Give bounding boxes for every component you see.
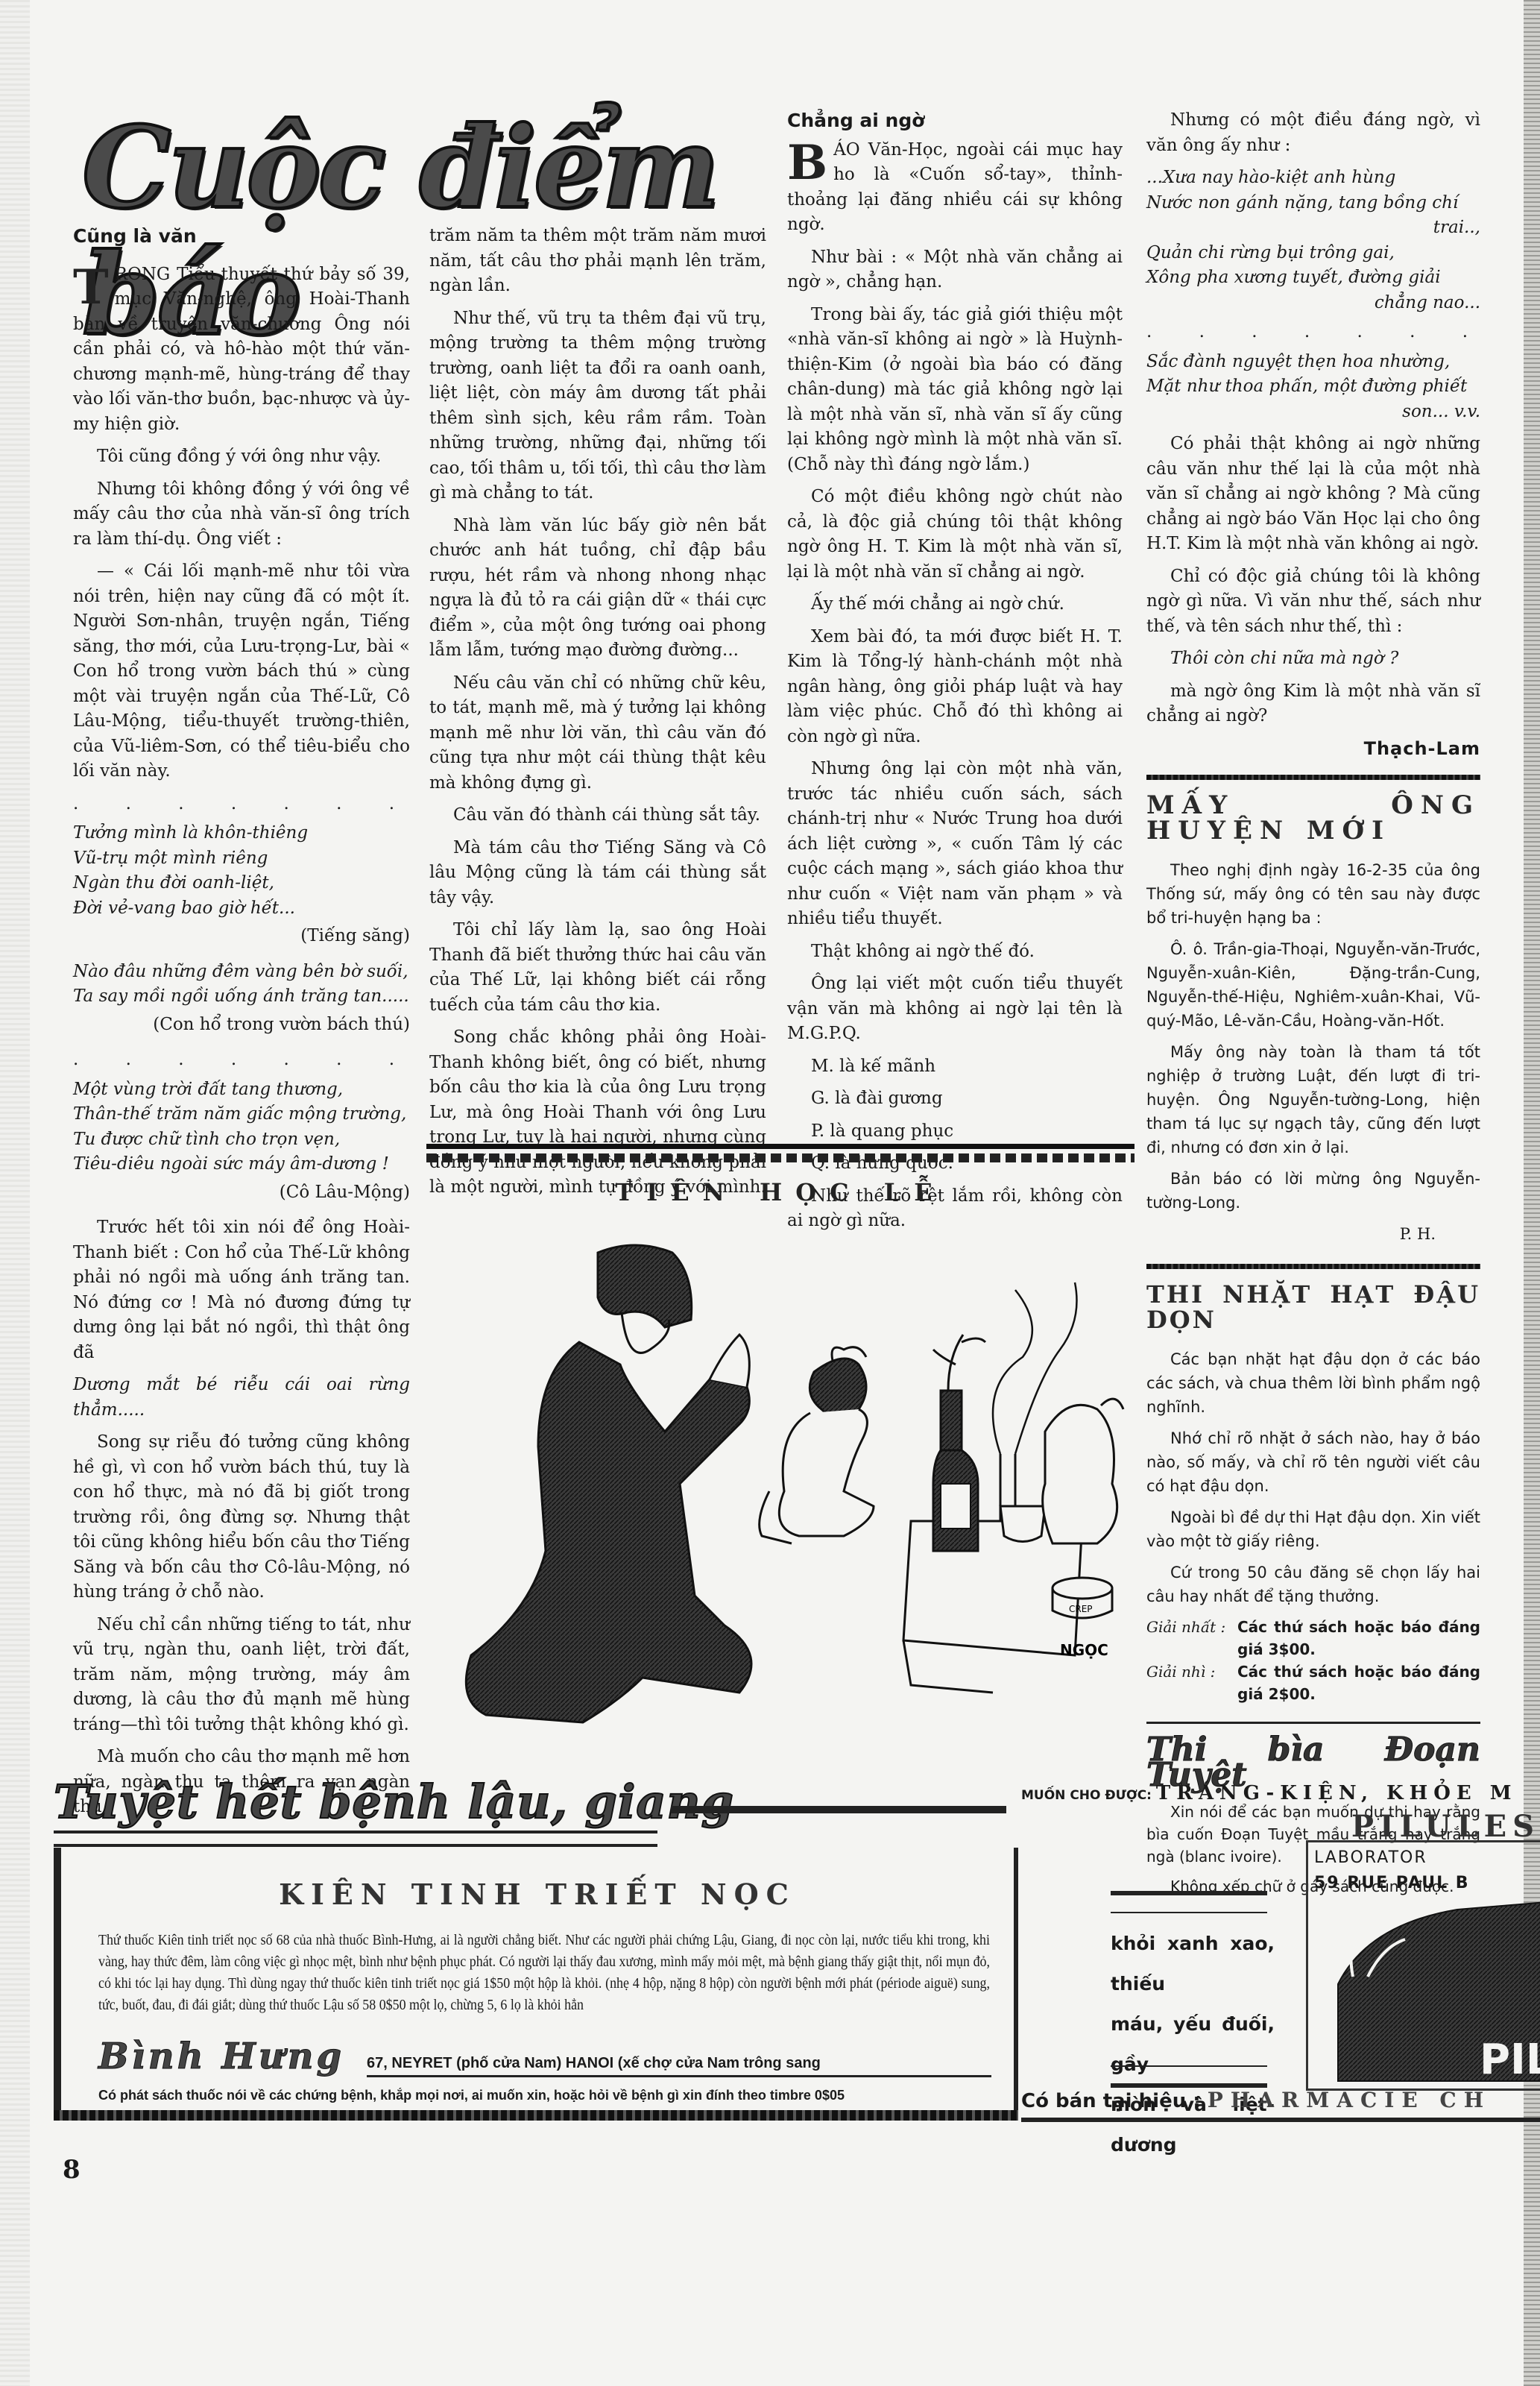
verse-line: Thân-thế trăm năm giấc mộng trường, bbox=[73, 1102, 410, 1127]
verse-line: Xông pha xương tuyết, đường giải bbox=[1146, 265, 1480, 291]
verse-line: Ta say mồi ngồi uống ánh trăng tan..... bbox=[73, 984, 410, 1010]
paragraph: Xem bài đó, ta mới được biết H. T. Kim l… bbox=[787, 625, 1123, 750]
verse-line: Nào đâu những đêm vàng bên bờ suối, bbox=[73, 960, 410, 985]
ad-pilules: MUỐN CHO ĐƯỢC: TRÁNG-KIỆN, KHỎE M PILULE… bbox=[1021, 1782, 1540, 2222]
prize-value: Các thứ sách hoặc báo đáng giá 3$00. bbox=[1237, 1616, 1480, 1661]
paragraph: Ấy thế mới chẳng ai ngờ chứ. bbox=[787, 592, 1123, 617]
verse-line: Quản chi rừng bụi trông gai, bbox=[1146, 241, 1480, 266]
dropcap: B bbox=[787, 142, 827, 184]
paragraph: Theo nghị định ngày 16-2-35 của ông Thốn… bbox=[1146, 858, 1480, 930]
ad-sold-at: Có bán tại hiệu : PHARMACIE CH bbox=[1021, 2088, 1491, 2112]
paragraph: Câu văn đó thành cái thùng sắt tây. bbox=[429, 803, 766, 828]
hat-dau-don-article: Các bạn nhặt hạt đậu dọn ở các báo các s… bbox=[1146, 1347, 1480, 1608]
verse-line: Sắc đành nguyệt thẹn hoa nhường, bbox=[1146, 350, 1480, 375]
ad-brand: PILULES bbox=[1351, 1809, 1540, 1844]
citation: (Con hổ trong vườn bách thú) bbox=[73, 1013, 410, 1038]
paragraph: Nhưng có một điều đáng ngờ, vì văn ông ấ… bbox=[1146, 108, 1480, 158]
paragraph: Trong bài ấy, tác giả giới thiệu một «nh… bbox=[787, 303, 1123, 478]
verse-line: Tiêu-diêu ngoài sức máy âm-dương ! bbox=[73, 1152, 410, 1177]
paragraph: Nhà làm văn lúc bấy giờ nên bắt chước an… bbox=[429, 514, 766, 664]
list-item: M. là kế mãnh bbox=[787, 1054, 1123, 1080]
ad-body: Thứ thuốc Kiên tinh triết nọc số 68 của … bbox=[98, 1930, 990, 2016]
paragraph: Song chắc không phải ông Hoài-Thanh khôn… bbox=[429, 1025, 766, 1200]
paragraph: mà ngờ ông Kim là một nhà văn sĩ chẳng a… bbox=[1146, 679, 1480, 729]
paragraph: Tôi cũng đồng ý với ông như vậy. bbox=[73, 444, 410, 470]
verse-line: ...Xưa nay hào-kiệt anh hùng bbox=[1146, 166, 1480, 191]
paragraph: trăm năm ta thêm một trăm năm mươi năm, … bbox=[429, 224, 766, 299]
paragraph: Mấy ông này toàn là tham tá tốt nghiệp ở… bbox=[1146, 1040, 1480, 1159]
verse-line: Nước non gánh nặng, tang bồng chí bbox=[1146, 191, 1480, 216]
cartoon-illustration: CREP NGỌC bbox=[426, 1238, 1135, 1745]
ad-footer: Có phát sách thuốc nói về các chứng bệnh… bbox=[98, 2088, 991, 2103]
paragraph: Nhưng tôi không đồng ý với ông về mấy câ… bbox=[73, 477, 410, 553]
section-title-huyen: MẤY ÔNG HUYỆN MỚI bbox=[1146, 793, 1480, 843]
signature: P. H. bbox=[1146, 1222, 1480, 1246]
prize-label: Giải nhì : bbox=[1146, 1661, 1228, 1705]
ad-brand-row: Bình Hưng 67, NEYRET (phố cửa Nam) HANOI… bbox=[98, 2036, 991, 2077]
lab-name: LABORATOR bbox=[1308, 1842, 1540, 1874]
paragraph: Nếu chỉ cần những tiếng to tát, như vũ t… bbox=[73, 1613, 410, 1738]
ad-brand: Bình Hưng bbox=[98, 2036, 344, 2077]
section-divider bbox=[1146, 1722, 1480, 1724]
paragraph: Như thế, vũ trụ ta thêm đại vũ trụ, mộng… bbox=[429, 306, 766, 506]
column-right: Nhưng có một điều đáng ngờ, vì văn ông ấ… bbox=[1146, 108, 1480, 1905]
huyen-article: Theo nghị định ngày 16-2-35 của ông Thốn… bbox=[1146, 858, 1480, 1246]
praying-figures-illustration: CREP NGỌC bbox=[426, 1238, 1135, 1745]
section-title-hat-dau-don: THI NHẶT HẠT ĐẬU DỌN bbox=[1146, 1282, 1480, 1332]
section-divider bbox=[1146, 775, 1480, 780]
paragraph: Nếu câu văn chỉ có những chữ kêu, to tát… bbox=[429, 671, 766, 796]
artist-signature: NGỌC bbox=[1060, 1641, 1108, 1659]
verse-line: trai.., bbox=[1146, 215, 1480, 241]
verse-line: Đời vẻ-vang bao giờ hết... bbox=[73, 896, 410, 922]
paragraph: Các bạn nhặt hạt đậu dọn ở các báo các s… bbox=[1146, 1347, 1480, 1419]
paragraph: Có một điều không ngờ chút nào cả, là độ… bbox=[787, 485, 1123, 585]
prize-value: Các thứ sách hoặc báo đáng giá 2$00. bbox=[1237, 1661, 1480, 1705]
paragraph: Ông lại viết một cuốn tiểu thuyết vận vă… bbox=[787, 972, 1123, 1047]
verse-line: Tu được chữ tình cho trọn vẹn, bbox=[73, 1127, 410, 1153]
ad-tagline: MUỐN CHO ĐƯỢC: TRÁNG-KIỆN, KHỎE M bbox=[1021, 1782, 1540, 1804]
ad-box-kien-tinh: KIÊN TINH TRIẾT NỌC Thứ thuốc Kiên tinh … bbox=[54, 1848, 1018, 2117]
article-lead: TRONG Tiểu-thuyết thứ bảy số 39, mục Văn… bbox=[73, 262, 410, 438]
scan-edge-left bbox=[0, 0, 30, 2386]
column-chang-ai-ngo: Chẳng ai ngờ BÁO Văn-Học, ngoài cái mục … bbox=[787, 108, 1123, 1241]
ad-copy: khỏi xanh xao, thiếu máu, yếu đuối, gầy … bbox=[1111, 1924, 1275, 2165]
cartoon-border bbox=[426, 1144, 1135, 1162]
signature: Thạch-Lam bbox=[1146, 737, 1480, 762]
paragraph: Cứ trong 50 câu đăng sẽ chọn lấy hai câu… bbox=[1146, 1561, 1480, 1608]
ad-headline: Tuyệt hết bệnh lậu, giang bbox=[54, 1775, 734, 1829]
ellipsis-divider: . . . . . . . . . . . . . . bbox=[73, 1048, 410, 1073]
verse-line: Tưởng mình là khôn-thiêng bbox=[73, 821, 410, 846]
page-number: 8 bbox=[63, 2155, 81, 2185]
list-item: G. là đài gương bbox=[787, 1086, 1123, 1112]
deer-illustration-icon: PILU bbox=[1308, 1895, 1540, 2088]
prize-label: Giải nhất : bbox=[1146, 1616, 1228, 1661]
verse-line: Mặt như thoa phấn, một đường phiết bbox=[1146, 374, 1480, 400]
verse-line: chẳng nao... bbox=[1146, 291, 1480, 316]
ad-border-bottom bbox=[54, 2110, 1018, 2121]
ad-stripe bbox=[1111, 1891, 1267, 1913]
dropcap: T bbox=[73, 267, 109, 309]
ellipsis-divider: . . . . . . . . . . . . . bbox=[1146, 320, 1480, 345]
verse-line: Vũ-trụ một mình riêng bbox=[73, 846, 410, 872]
paragraph: Nhớ chỉ rõ nhặt ở sách nào, hay ở báo nà… bbox=[1146, 1426, 1480, 1498]
paragraph: Nhưng ông lại còn một nhà văn, trước tác… bbox=[787, 757, 1123, 932]
article-lead: BÁO Văn-Học, ngoài cái mục hay ho là «Cu… bbox=[787, 138, 1123, 238]
list-item: P. là quang phục bbox=[787, 1119, 1123, 1145]
article-title: Cũng là văn bbox=[73, 224, 410, 249]
verse-line: Dương mắt bé riễu cái oai rừng thẳm..... bbox=[73, 1373, 410, 1423]
paragraph: Tôi chỉ lấy làm lạ, sao ông Hoài Thanh đ… bbox=[429, 918, 766, 1018]
paragraph: — « Cái lối mạnh-mẽ như tôi vừa nói trên… bbox=[73, 559, 410, 784]
ad-lab-box: LABORATOR 59 RUE PAUL B PILU bbox=[1306, 1840, 1540, 2091]
ad-rule bbox=[671, 1806, 1006, 1813]
paragraph: Có phải thật không ai ngờ những câu văn … bbox=[1146, 432, 1480, 557]
section-divider bbox=[1146, 1264, 1480, 1269]
paragraph: Ô. ô. Trần-gia-Thoại, Nguyễn-văn-Trước, … bbox=[1146, 937, 1480, 1033]
column-continuation: trăm năm ta thêm một trăm năm mươi năm, … bbox=[429, 224, 766, 1208]
svg-text:PILU: PILU bbox=[1480, 2036, 1540, 2084]
ad-address: 67, NEYRET (phố cửa Nam) HANOI (xế chợ c… bbox=[367, 2055, 991, 2077]
prize-row: Giải nhất : Các thứ sách hoặc báo đáng g… bbox=[1146, 1616, 1480, 1661]
ellipsis-divider: . . . . . . . . . . . . . . bbox=[73, 792, 410, 817]
ad-rule bbox=[1021, 2118, 1540, 2122]
ad-rule bbox=[54, 1831, 657, 1847]
paragraph: Trước hết tôi xin nói để ông Hoài-Thanh … bbox=[73, 1215, 410, 1365]
cartoon-title: TIÊN HỌC LỄ bbox=[426, 1178, 1135, 1206]
paragraph: Như bài : « Một nhà văn chẳng ai ngờ », … bbox=[787, 245, 1123, 295]
verse-line: Thôi còn chi nữa mà ngờ ? bbox=[1146, 646, 1480, 672]
citation: (Cô Lâu-Mộng) bbox=[73, 1180, 410, 1206]
column-cung-la-van: Cũng là văn TRONG Tiểu-thuyết thứ bảy số… bbox=[73, 224, 410, 1828]
verse-line: Một vùng trời đất tang thương, bbox=[73, 1077, 410, 1103]
jar-label: CREP bbox=[1069, 1604, 1093, 1614]
ad-stripe bbox=[1111, 2065, 1267, 2088]
section-title-doan-tuyet: Thi bìa Đoạn Tuyệt bbox=[1146, 1737, 1480, 1787]
paragraph: Song sự riễu đó tưởng cũng không hề gì, … bbox=[73, 1430, 410, 1605]
paragraph: Ngoài bì đề dự thi Hạt đậu dọn. Xin viết… bbox=[1146, 1505, 1480, 1553]
article-title: Chẳng ai ngờ bbox=[787, 108, 1123, 133]
ad-heading: KIÊN TINH TRIẾT NỌC bbox=[61, 1877, 1014, 1911]
masthead-title: Cuộc điểm báo bbox=[82, 104, 768, 231]
paragraph: Chỉ có độc giả chúng tôi là không ngờ gì… bbox=[1146, 564, 1480, 640]
prize-row: Giải nhì : Các thứ sách hoặc báo đáng gi… bbox=[1146, 1661, 1480, 1705]
verse-line: son... v.v. bbox=[1146, 400, 1480, 425]
verse-line: Ngàn thu đời oanh-liệt, bbox=[73, 871, 410, 896]
paragraph: Mà tám câu thơ Tiếng Săng và Cô lâu Mộng… bbox=[429, 836, 766, 911]
citation: (Tiếng săng) bbox=[73, 924, 410, 949]
paragraph: Bản báo có lời mừng ông Nguyễn-tường-Lon… bbox=[1146, 1167, 1480, 1215]
paragraph: Thật không ai ngờ thế đó. bbox=[787, 939, 1123, 965]
